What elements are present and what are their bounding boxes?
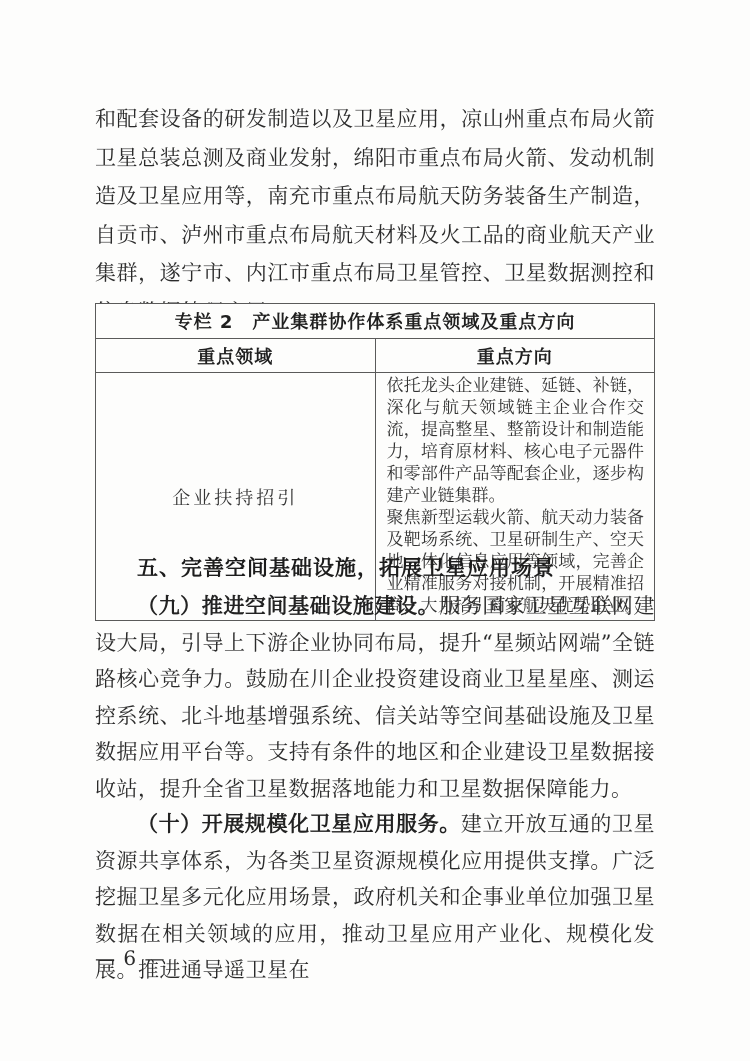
paragraph-9-lead: （九）推进空间基础设施建设。 [137, 593, 439, 618]
column-header-key-area: 重点领域 [96, 339, 376, 373]
page-number: — 6 — [95, 946, 655, 970]
paragraph-9: （九）推进空间基础设施建设。服务国家卫星互联网建设大局，引导上下游企业协同布局，… [95, 588, 655, 807]
paragraph-continuation: 和配套设备的研发制造以及卫星应用，凉山州重点布局火箭卫星总装总测及商业发射，绵阳… [95, 100, 655, 331]
table-caption: 专栏 2 产业集群协作体系重点领域及重点方向 [96, 304, 655, 339]
section-heading: 五、完善空间基础设施，拓展卫星应用场景 [95, 549, 655, 587]
document-page: 和配套设备的研发制造以及卫星应用，凉山州重点布局火箭卫星总装总测及商业发射，绵阳… [0, 0, 750, 1061]
panel-2-table-head: 专栏 2 产业集群协作体系重点领域及重点方向 重点领域 重点方向 [96, 304, 655, 373]
paragraph-9-body: 服务国家卫星互联网建设大局，引导上下游企业协同布局，提升“星频站网端”全链路核心… [95, 594, 655, 801]
table-caption-row: 专栏 2 产业集群协作体系重点领域及重点方向 [96, 304, 655, 339]
direction-paragraph-1: 依托龙头企业建链、延链、补链，深化与航天领域链主企业合作交流，提高整星、整箭设计… [387, 375, 645, 507]
table-header-row: 重点领域 重点方向 [96, 339, 655, 373]
paragraph-10-lead: （十）开展规模化卫星应用服务。 [137, 811, 461, 836]
column-header-key-direction: 重点方向 [375, 339, 655, 373]
